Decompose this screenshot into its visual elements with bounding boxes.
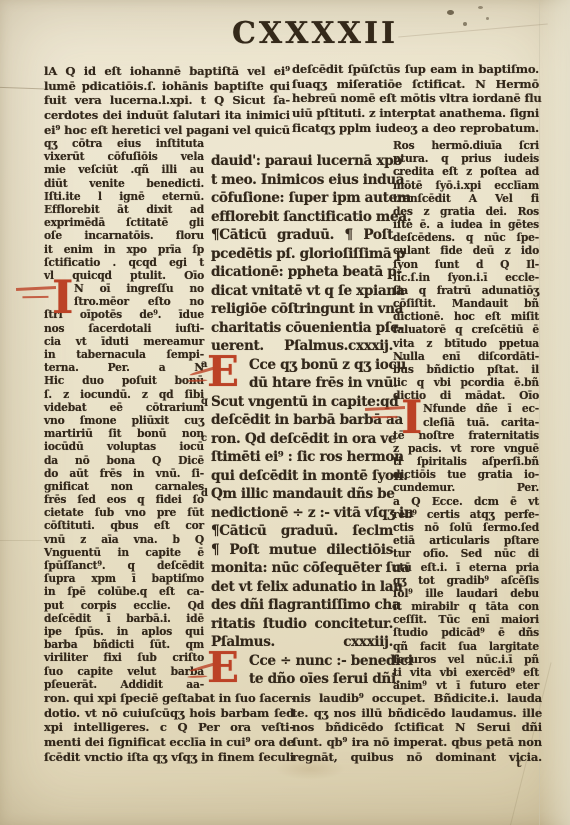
text-line: uiū pſtituti. z interptat anathema. ſign… xyxy=(292,106,539,121)
text-line: tranſcēdit A Vel fi xyxy=(393,192,539,205)
text-line: ſuo capite velut barba xyxy=(44,665,204,678)
text-line: put corpis ecclie. Qd xyxy=(44,599,204,612)
text-line: oſe incarnatōis. floru xyxy=(44,229,204,242)
text-line: da nō bona Q Dicē xyxy=(44,454,204,467)
top-left-text-block: lA Q id eſt iohannē baptiſtā vel ei⁹lumē… xyxy=(44,64,290,138)
text-line: dicationē: ppheta beatā p- xyxy=(211,263,393,282)
text-line: ſecuros vel nūc.i.ī pñ xyxy=(393,653,539,666)
text-line: dicat vnitatē vt q ſe xpiana xyxy=(211,282,393,301)
text-line: charitatis cōuenientia pſe- xyxy=(211,319,393,338)
text-line: iſte ē. a iudea in gētes xyxy=(393,218,539,231)
text-line: mōtē ſyō.i.xpi ecclīam xyxy=(393,179,539,192)
text-line: ceſſit. Tūc enī maiori xyxy=(393,613,539,626)
text-line: efflorebit ſanctificatio mea. xyxy=(211,208,393,227)
quire-signature-mark: t xyxy=(516,756,522,770)
text-line: dictiōis tue gratia io- xyxy=(393,468,539,481)
text-line: ¶ Poſt mutue dilectiōis xyxy=(211,541,393,560)
text-line: exprimēdā ſctitatē gli xyxy=(44,216,204,229)
text-line: vno ſmone pliūxit cuʒ xyxy=(44,414,204,427)
text-line: nedictionē ÷ z :- vitā vſqʒ in xyxy=(211,504,393,523)
gutter-reference-letter: d xyxy=(201,485,208,504)
text-line: bus bñdictio pſtat. il xyxy=(393,363,539,376)
text-line: lA Q id eſt iohannē baptiſtā vel ei⁹ xyxy=(44,64,290,79)
text-line: nos bñdicēdo ſctificat N Serui dñi xyxy=(292,720,542,735)
text-line: det vt felix adunatio in lau xyxy=(211,578,393,597)
text-line: ſctificatio . qcqd egi t xyxy=(44,256,204,269)
bottom-right-text-block: nis laudib⁹ occupet. Bñdicite.i. laudate… xyxy=(292,691,542,765)
text-line: qñ facit ſua largitate xyxy=(393,640,539,653)
text-line: ¶Cāticū graduū. ¶ Poſt xyxy=(211,226,393,245)
text-line: cerdotes dei induūt ſalutari ita inimici xyxy=(44,108,290,123)
text-line: ſtimēti ei⁹ : ſic ros hermon xyxy=(211,448,393,467)
text-line: iocūdū voluptas iocū xyxy=(44,440,204,453)
text-line: in ſpē colūbe.q eſt ca- xyxy=(44,585,204,598)
text-line: ritatis ſtudio concitetur. xyxy=(211,615,393,634)
ink-stain xyxy=(478,6,483,9)
text-line: ptura. q prius iudeis xyxy=(393,152,539,165)
text-line: ron. qui xpi ſpeciē geſtabat in ſuo ſace… xyxy=(44,691,294,706)
text-line: tur ofīo. Sed nūc di xyxy=(393,547,539,560)
text-line: viriliter fixi ſub criſto xyxy=(44,651,204,664)
text-line: ¶Cāticū graduū. ſeclm xyxy=(211,522,393,541)
text-line: Ros hermō.diuīa ſcri xyxy=(393,139,539,152)
text-line: ti vita vbi exercēd⁹ eſt xyxy=(393,666,539,679)
text-line: cōſtituti. qbus eſt cor xyxy=(44,519,204,532)
rubric-initial-i: I xyxy=(401,400,415,434)
bottom-left-text-block: ron. qui xpi ſpeciē geſtabat in ſuo ſace… xyxy=(44,691,294,765)
rubric-initial-e: E xyxy=(207,650,241,686)
text-line: Qm illic mandauit dñs be xyxy=(211,485,393,504)
gutter-reference-letter: c xyxy=(201,430,207,449)
text-line: deſcēdit in barbā barbā aa xyxy=(211,411,393,430)
text-line: qʒ cōtra eius inſtituta xyxy=(44,137,204,150)
text-line: dictionē. hoc eſt miſit xyxy=(393,310,539,323)
text-line: nis laudib⁹ occupet. Bñdicite.i. lauda xyxy=(292,691,542,706)
text-line: ſunt. qb⁹ ira nō imperat. qbus petā non xyxy=(292,735,542,750)
text-line: vixerūt cōfuſiōis vela xyxy=(44,150,204,163)
paper-crease xyxy=(0,540,42,541)
text-line: ficatqʒ pplm iudeoʒ a deo reprobatum. xyxy=(292,121,539,136)
rubric-initial-i: I xyxy=(52,280,66,314)
right-gloss-column: IRos hermō.diuīa ſcriptura. q prius iude… xyxy=(393,139,539,692)
text-line: ſuaqʒ miſeratiōe ſctificat. N Hermō xyxy=(292,77,539,92)
text-line: cōfuſione: ſuper ipm autem xyxy=(211,189,393,208)
text-line: vita z btītudo ppetua xyxy=(393,337,539,350)
text-line: frēs ſed eos q fidei ſo xyxy=(44,493,204,506)
folio-number: CXXXXII xyxy=(215,16,415,51)
text-line: ſyon ſunt d Q Il- xyxy=(393,258,539,271)
text-line: culant fide deū z ido xyxy=(393,244,539,257)
scanned-incunabulum-page: { "page_number": "CXXXXII", "signature_m… xyxy=(0,0,570,825)
text-line: martiriū ſit bonū non xyxy=(44,427,204,440)
text-line: ſia q fratrū adunatiōʒ xyxy=(393,284,539,297)
text-line: menti dei ſignificat ecclīa in cui⁹ ora … xyxy=(44,735,294,750)
text-line: Efflorebit āt dixit ad xyxy=(44,203,204,216)
page-edge xyxy=(539,0,570,825)
text-line: it mirabilr q tāta con xyxy=(393,600,539,613)
text-line: ſaluatorē q creſcētiū ē xyxy=(393,323,539,336)
text-line: cōſiſtit. Mandauit bñ xyxy=(393,297,539,310)
text-line: ſpūſſanct⁹. q deſcēdit xyxy=(44,559,204,572)
text-line: Hic duo poſuit bonū xyxy=(44,374,204,387)
text-line: lic.ſ.in ſyon.i.ī eccle- xyxy=(393,271,539,284)
text-line: regnāt, quibus nō dominant vicia. xyxy=(292,750,542,765)
text-line: terna. Per. a N xyxy=(44,361,204,374)
text-line: a Q Ecce. dcm ē vt xyxy=(393,495,539,508)
text-line: cia vt īduti mereamur xyxy=(44,335,204,348)
psalm-text-column: EEdauid': paraui lucernā xpot meo. Inimi… xyxy=(211,152,393,689)
text-line: dotio. vt nō cuiuſcūqʒ hois barbam ſed xyxy=(44,706,294,721)
ink-stain xyxy=(463,22,467,26)
text-line: Iſti.ite l ignē eternū. xyxy=(44,190,204,203)
text-line: Nulla enī diſcordāti- xyxy=(393,350,539,363)
text-line: ei⁹ hoc eſt heretici vel pagani vel quic… xyxy=(44,123,290,138)
ink-stain xyxy=(486,17,489,20)
left-gloss-column: Iqʒ cōtra eius inſtitutavixerūt cōfuſiōi… xyxy=(44,137,204,691)
text-line: te. qʒ nos illū bñdicēdo laudamus. ille xyxy=(292,706,542,721)
text-line: mie veſciūt .qñ illi au xyxy=(44,163,204,176)
text-line: in tabernacula ſempi- xyxy=(44,348,204,361)
text-line: dauid': paraui lucernā xpo xyxy=(211,152,393,171)
text-line: qʒ tot gradib⁹ aſcēſis xyxy=(393,574,539,587)
text-line: cundemur. Per. xyxy=(393,481,539,494)
text-line: ctis nō ſolū ſermo.ſed xyxy=(393,521,539,534)
text-line: barba bñdicti ſūt. qm xyxy=(44,638,204,651)
text-line: deſcēdens. q nūc ſpe- xyxy=(393,231,539,244)
top-right-text-block: deſcēdit ſpūſctūs ſup eam in baptiſmo.ſu… xyxy=(292,62,539,136)
text-line: monita: nūc cōſequēter ſua xyxy=(211,559,393,578)
paper-crease xyxy=(398,23,548,37)
text-line: ſcēdit vnctio iſta qʒ vſqʒ in finem ſecu… xyxy=(44,750,294,765)
text-line: ctū eſt.i. ī eterna pria xyxy=(393,561,539,574)
text-line: diūt venite benedicti. xyxy=(44,177,204,190)
text-line: videbat eē cōtrarium xyxy=(44,401,204,414)
text-line: ti ſpiritalis aſperſi.bñ xyxy=(393,455,539,468)
text-line: des dñi flagrantiſſimo cha xyxy=(211,596,393,615)
text-line: etiā articularis pſtare xyxy=(393,534,539,547)
text-line: ſol⁹ ille laudari debu xyxy=(393,587,539,600)
text-line: deſcēdit ſpūſctūs ſup eam in baptiſmo. xyxy=(292,62,539,77)
text-line: religiōe cōſtringunt in vna xyxy=(211,300,393,319)
text-line: do aūt frēs in vnū. ſi- xyxy=(44,467,204,480)
text-line: deſcēdit ī barbā.i. idē xyxy=(44,612,204,625)
ink-stain xyxy=(447,10,454,15)
text-line: lumē pdicatiōis.ſ. iohānis baptiſte qui xyxy=(44,79,290,94)
text-line: cietate ſub vno pre ſūt xyxy=(44,506,204,519)
text-line: vnū z aīa vna. b Q xyxy=(44,533,204,546)
text-line: reb⁹ certis atqʒ perfe- xyxy=(393,508,539,521)
text-line: qui deſcēdit in montē ſyon. xyxy=(211,467,393,486)
text-line: des z gratia dei. Ros xyxy=(393,205,539,218)
text-line: ſupra xpm ī baptiſmo xyxy=(44,572,204,585)
text-line: gnificat non carnales xyxy=(44,480,204,493)
text-line: it enim in xpo prīa ſp xyxy=(44,243,204,256)
text-line: lic q vbi pcordia ē.bñ xyxy=(393,376,539,389)
text-line: fuit vera lucerna.l.xpi. t Q Sicut ſa- xyxy=(44,93,290,108)
rubric-initial-e: E xyxy=(207,354,241,390)
text-line: credita eſt z poſtea ad xyxy=(393,165,539,178)
text-line: ſ. z iocundū. z qd ſibi xyxy=(44,388,204,401)
text-line: Vnguentū in capite ē xyxy=(44,546,204,559)
text-line: pſeuerāt. Addidit aa- xyxy=(44,678,204,691)
text-line: xpi intelligeres. c Q Per ora veſti- xyxy=(44,720,294,735)
text-line: ipe ſpūs. in aplos qui xyxy=(44,625,204,638)
text-line: pcedētis pſ. glorioſiſſimā p xyxy=(211,245,393,264)
text-line: t meo. Inimicos eius induā xyxy=(211,171,393,190)
text-line: ſtudio pdicād⁹ ē dñs xyxy=(393,626,539,639)
text-line: ron. Qd deſcēdit in ora ve xyxy=(211,430,393,449)
text-line: hebreū nomē eſt mōtis vltra iordanē flu xyxy=(292,91,539,106)
